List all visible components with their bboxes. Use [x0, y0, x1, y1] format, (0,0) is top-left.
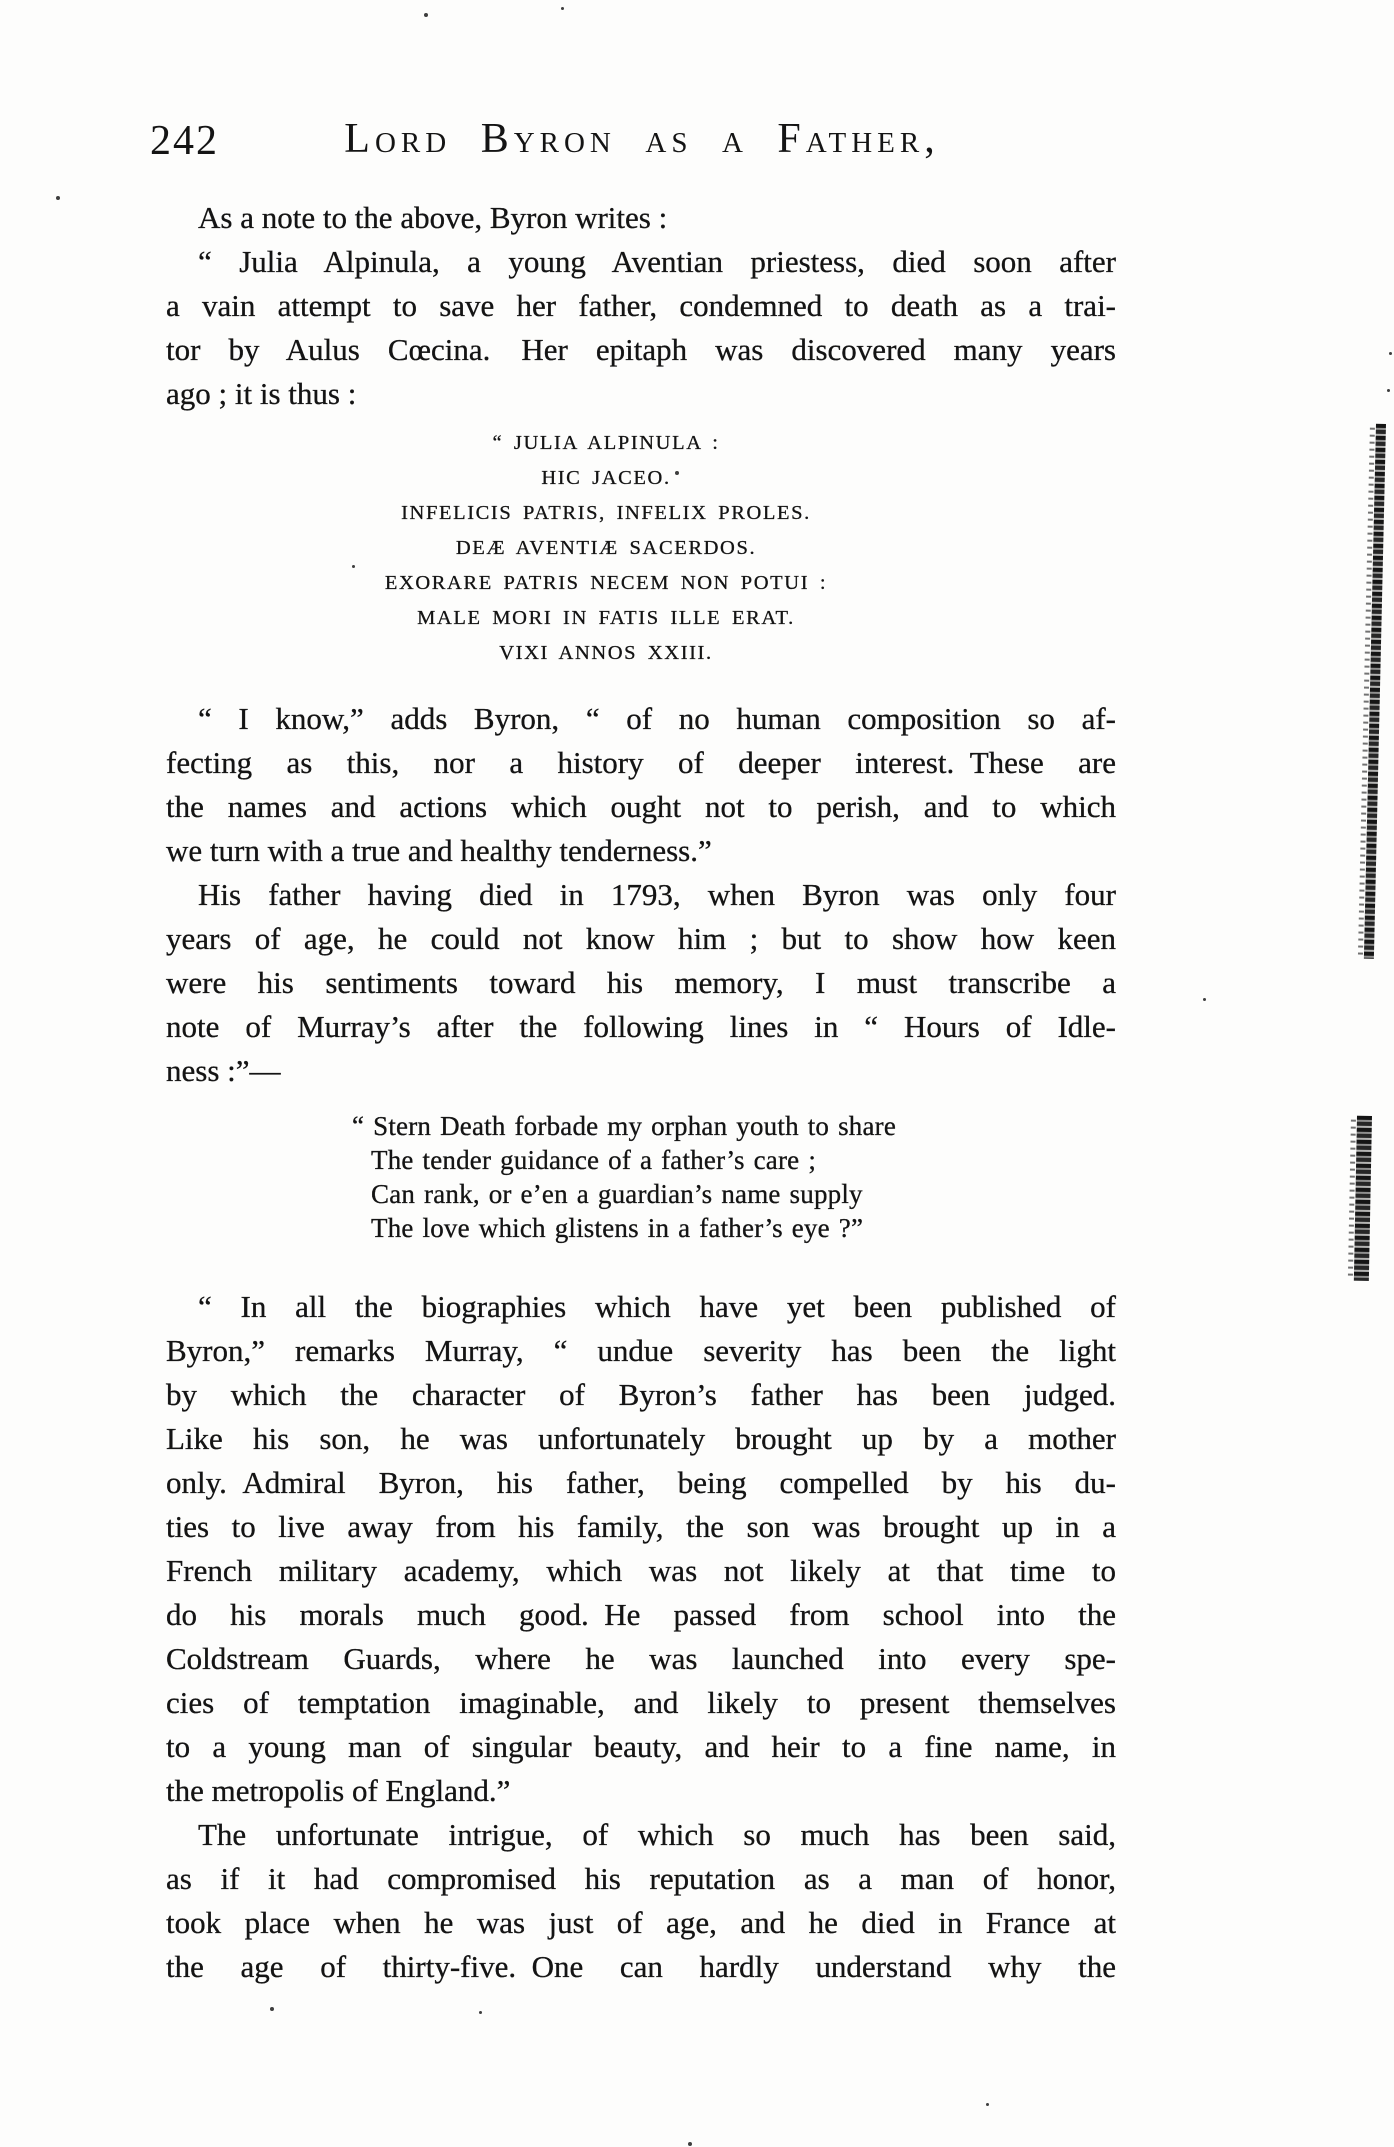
scan-speck — [479, 2011, 482, 2014]
scan-streak — [1354, 1116, 1372, 1281]
text-line: were his sentiments toward his memory, I… — [166, 961, 1116, 1005]
text-line: The unfortunate intrigue, of which so mu… — [166, 1813, 1116, 1857]
text-line: took place when he was just of age, and … — [166, 1901, 1116, 1945]
page-body: As a note to the above, Byron writes :“ … — [166, 196, 1116, 1989]
verse-block: “ Stern Death forbade my orphan youth to… — [166, 1109, 1116, 1245]
text-line: a vain attempt to save her father, conde… — [166, 284, 1116, 328]
scan-speck — [675, 471, 679, 475]
text-line: by which the character of Byron’s father… — [166, 1373, 1116, 1417]
paragraph-block: As a note to the above, Byron writes : — [166, 196, 1116, 240]
paragraph-block: “ I know,” adds Byron, “ of no human com… — [166, 697, 1116, 873]
epitaph-block: “ JULIA ALPINULA :HIC JACEO.INFELICIS PA… — [166, 426, 1046, 671]
scan-speck — [1387, 389, 1390, 392]
text-line: “ JULIA ALPINULA : — [166, 426, 1046, 461]
scan-speck — [986, 2103, 989, 2106]
text-line: MALE MORI IN FATIS ILLE ERAT. — [166, 601, 1046, 636]
text-line: the age of thirty-five. One can hardly u… — [166, 1945, 1116, 1989]
text-line: the names and actions which ought not to… — [166, 785, 1116, 829]
text-line: only. Admiral Byron, his father, being c… — [166, 1461, 1116, 1505]
text-line: we turn with a true and healthy tenderne… — [166, 829, 1116, 873]
text-line: Can rank, or e’en a guardian’s name supp… — [166, 1177, 1116, 1211]
text-line: INFELICIS PATRIS, INFELIX PROLES. — [166, 496, 1046, 531]
text-line: As a note to the above, Byron writes : — [166, 196, 1116, 240]
text-line: do his morals much good. He passed from … — [166, 1593, 1116, 1637]
text-line: “ In all the biographies which have yet … — [166, 1285, 1116, 1329]
text-line: The tender guidance of a father’s care ; — [166, 1143, 1116, 1177]
text-line: His father having died in 1793, when Byr… — [166, 873, 1116, 917]
text-line: the metropolis of England.” — [166, 1769, 1116, 1813]
text-line: note of Murray’s after the following lin… — [166, 1005, 1116, 1049]
text-line: “ Julia Alpinula, a young Aventian pries… — [166, 240, 1116, 284]
scan-speck — [270, 2007, 274, 2011]
text-line: EXORARE PATRIS NECEM NON POTUI : — [166, 566, 1046, 601]
text-line: as if it had compromised his reputation … — [166, 1857, 1116, 1901]
text-line: tor by Aulus Cœcina. Her epitaph was dis… — [166, 328, 1116, 372]
scan-speck — [424, 13, 428, 17]
text-line: cies of temptation imaginable, and likel… — [166, 1681, 1116, 1725]
scan-speck — [1389, 352, 1392, 355]
text-line: Like his son, he was unfortunately broug… — [166, 1417, 1116, 1461]
text-line: HIC JACEO. — [166, 461, 1046, 496]
running-title: Lord Byron as a Father, — [344, 117, 939, 161]
book-page: 242 Lord Byron as a Father, As a note to… — [0, 0, 1394, 2147]
text-line: “ I know,” adds Byron, “ of no human com… — [166, 697, 1116, 741]
text-line: Byron,” remarks Murray, “ undue severity… — [166, 1329, 1116, 1373]
scan-speck — [352, 565, 355, 568]
scan-speck — [1203, 998, 1206, 1001]
text-line: ties to live away from his family, the s… — [166, 1505, 1116, 1549]
paragraph-block: “ Julia Alpinula, a young Aventian pries… — [166, 240, 1116, 416]
scan-speck — [561, 7, 564, 10]
page-number: 242 — [150, 120, 219, 162]
paragraph-block: His father having died in 1793, when Byr… — [166, 873, 1116, 1093]
text-line: years of age, he could not know him ; bu… — [166, 917, 1116, 961]
text-line: VIXI ANNOS XXIII. — [166, 636, 1046, 671]
scan-streak — [1364, 424, 1386, 959]
text-line: ness :”— — [166, 1049, 1116, 1093]
text-line: DEÆ AVENTIÆ SACERDOS. — [166, 531, 1046, 566]
scan-speck — [688, 2142, 692, 2146]
scan-speck — [56, 196, 60, 200]
paragraph-block: The unfortunate intrigue, of which so mu… — [166, 1813, 1116, 1989]
text-line: Coldstream Guards, where he was launched… — [166, 1637, 1116, 1681]
text-line: to a young man of singular beauty, and h… — [166, 1725, 1116, 1769]
text-line: ago ; it is thus : — [166, 372, 1116, 416]
text-line: The love which glistens in a father’s ey… — [166, 1211, 1116, 1245]
text-line: “ Stern Death forbade my orphan youth to… — [166, 1109, 1116, 1143]
text-line: French military academy, which was not l… — [166, 1549, 1116, 1593]
paragraph-block: “ In all the biographies which have yet … — [166, 1285, 1116, 1813]
text-line: fecting as this, nor a history of deeper… — [166, 741, 1116, 785]
